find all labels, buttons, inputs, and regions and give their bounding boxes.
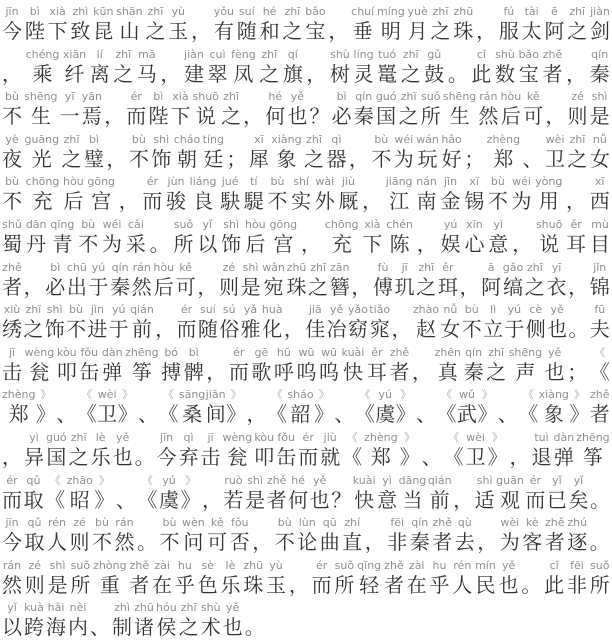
- ruby-token: yī一: [60, 89, 80, 129]
- pinyin-annotation: zé: [29, 558, 42, 573]
- ruby-token: xiàng象: [539, 387, 569, 427]
- hanzi-character: 山: [119, 19, 139, 44]
- pinyin-annotation: 《: [594, 345, 605, 360]
- pinyin-annotation: hǎo: [441, 132, 461, 147]
- hanzi-character: 弹: [554, 445, 574, 470]
- hanzi-character: 《: [158, 402, 178, 427]
- ruby-token: zhī之: [304, 132, 324, 172]
- hanzi-character: 珠: [243, 573, 263, 598]
- pinyin-annotation: fù: [378, 260, 389, 275]
- pinyin-annotation: ā: [488, 260, 495, 275]
- hanzi-character: ，: [566, 189, 586, 214]
- ruby-token: zhī之: [399, 89, 419, 129]
- ruby-token: líng灵: [354, 47, 374, 87]
- hanzi-character: 充: [332, 232, 352, 257]
- pinyin-annotation: wǔ: [459, 387, 475, 402]
- pinyin-annotation: bù: [5, 89, 19, 104]
- pinyin-annotation: shì: [50, 558, 66, 573]
- pinyin-annotation: yě: [502, 558, 515, 573]
- pinyin-annotation: fēi: [570, 558, 584, 573]
- hanzi-character: 宫: [273, 232, 293, 257]
- pinyin-annotation: shì: [592, 89, 608, 104]
- hanzi-character: 也: [545, 360, 565, 385]
- hanzi-character: 良: [193, 189, 213, 214]
- ruby-token: zhào赵: [413, 302, 439, 342]
- ruby-token: qǔ取: [25, 515, 45, 555]
- pinyin-annotation: qīng: [357, 558, 381, 573]
- hanzi-character: ，: [160, 62, 180, 87]
- hanzi-character: 今: [157, 445, 177, 470]
- hanzi-character: 不: [462, 317, 482, 342]
- pinyin-annotation: rán: [133, 260, 151, 275]
- hanzi-character: 器: [326, 147, 346, 172]
- hanzi-character: 者: [389, 360, 409, 385]
- ruby-token: zhèng郑: [487, 132, 520, 172]
- hanzi-character: 则: [25, 573, 45, 598]
- hanzi-character: 之: [525, 275, 545, 300]
- hanzi-character: 駃: [220, 189, 240, 214]
- hanzi-character: ？: [310, 104, 330, 129]
- hanzi-character: 而: [2, 488, 22, 513]
- ruby-token: 《《: [518, 387, 538, 427]
- ruby-token: gōng宫: [87, 174, 115, 214]
- pinyin-annotation: shēng: [509, 345, 542, 360]
- hanzi-character: 建: [184, 62, 204, 87]
- hanzi-character: 国: [46, 445, 66, 470]
- hanzi-character: 不: [160, 530, 180, 555]
- pinyin-annotation: guó: [46, 430, 67, 445]
- hanzi-character: 不: [2, 104, 22, 129]
- ruby-token: kě可: [207, 515, 227, 555]
- hanzi-character: 虞: [375, 402, 395, 427]
- hanzi-character: 之: [486, 360, 506, 385]
- pinyin-annotation: tiǎo: [369, 302, 390, 317]
- hanzi-character: 者: [129, 573, 149, 598]
- hanzi-character: 人: [47, 530, 67, 555]
- pinyin-annotation: bù: [163, 515, 177, 530]
- ruby-token: kòu叩: [254, 430, 274, 470]
- ruby-token: fēi非: [567, 558, 587, 598]
- pinyin-annotation: ér: [530, 473, 541, 488]
- hanzi-character: 矣: [568, 488, 588, 513]
- ruby-token: qín秦: [464, 345, 484, 385]
- hanzi-character: 跨: [24, 615, 44, 640]
- ruby-token: chuí垂: [351, 4, 374, 44]
- ruby-token: jìn进: [87, 302, 107, 342]
- ruby-token: bǎo宝: [519, 47, 539, 87]
- pinyin-annotation: shuō: [193, 89, 219, 104]
- hanzi-character: 焉: [82, 104, 102, 129]
- ruby-token: 》》: [488, 430, 508, 470]
- ruby-token: jī击: [2, 345, 22, 385]
- hanzi-character: 乘: [32, 62, 52, 87]
- pinyin-annotation: sāng: [179, 387, 205, 402]
- hanzi-character: 乎: [175, 573, 195, 598]
- pinyin-annotation: xīn: [466, 217, 483, 232]
- ruby-token: ér而: [142, 174, 162, 214]
- ruby-token: 《《: [444, 430, 464, 470]
- ruby-token: yǐ矣: [568, 473, 588, 513]
- ruby-token: 》》: [118, 387, 138, 427]
- ruby-token: bì髀: [184, 345, 204, 385]
- hanzi-character: 意: [377, 488, 397, 513]
- ruby-token: ，: [477, 515, 497, 555]
- pinyin-annotation: rán: [115, 515, 133, 530]
- ruby-token: zhēng筝: [576, 430, 609, 470]
- hanzi-character: 好: [442, 147, 462, 172]
- pinyin-annotation: zhī: [148, 4, 164, 19]
- ruby-token: zhě者: [389, 345, 409, 385]
- ruby-token: dāng当: [399, 473, 427, 513]
- pinyin-annotation: yì: [382, 473, 392, 488]
- ruby-token: jiāng江: [386, 174, 413, 214]
- pinyin-annotation: cuì: [209, 47, 225, 62]
- ruby-token: xī锡: [464, 174, 484, 214]
- hanzi-character: 而: [525, 488, 545, 513]
- hanzi-character: ；: [226, 147, 246, 172]
- ruby-token: zhě者: [545, 515, 565, 555]
- pinyin-annotation: zhì: [114, 600, 130, 615]
- ruby-token: jué駃: [220, 174, 240, 214]
- pinyin-annotation: yì: [29, 430, 39, 445]
- hanzi-character: 而: [126, 104, 146, 129]
- hanzi-character: 也: [547, 317, 567, 342]
- pinyin-annotation: qín: [112, 260, 129, 275]
- hanzi-character: 之: [416, 275, 436, 300]
- pinyin-annotation: xià: [172, 89, 188, 104]
- ruby-token: ，: [289, 558, 309, 598]
- pinyin-annotation: zhī: [64, 132, 80, 147]
- ruby-token: 《《: [45, 473, 65, 513]
- pinyin-annotation: chéng: [26, 47, 60, 62]
- pinyin-annotation: zhì: [72, 4, 88, 19]
- pinyin-annotation: zhāo: [67, 473, 93, 488]
- ruby-token: qín秦: [590, 47, 610, 87]
- ruby-token: cǐ此: [471, 47, 491, 87]
- hanzi-character: 后: [501, 104, 521, 129]
- pinyin-annotation: líng: [354, 47, 374, 62]
- ruby-token: ，: [24, 260, 44, 300]
- hanzi-character: 为: [512, 189, 532, 214]
- pinyin-annotation: zhèng: [487, 132, 520, 147]
- pinyin-annotation: wǎn: [262, 260, 285, 275]
- hanzi-character: 可: [176, 275, 196, 300]
- ruby-token: 、: [498, 387, 518, 427]
- hanzi-character: 珥: [438, 275, 458, 300]
- ruby-token: ；: [464, 132, 484, 172]
- ruby-token: yǒu有: [214, 4, 234, 44]
- hanzi-character: 击: [2, 360, 22, 385]
- hanzi-character: ，: [351, 275, 371, 300]
- hanzi-character: 玉: [266, 573, 286, 598]
- pinyin-annotation: zhě: [384, 558, 404, 573]
- hanzi-character: 直: [342, 530, 362, 555]
- ruby-token: zhě者: [129, 558, 149, 598]
- hanzi-character: 。: [448, 62, 468, 87]
- ruby-token: zhī之: [567, 132, 587, 172]
- ruby-token: bù不: [267, 174, 287, 214]
- pinyin-annotation: wū: [298, 345, 314, 360]
- hanzi-character: 取: [25, 530, 45, 555]
- ruby-token: wán玩: [416, 132, 439, 172]
- pinyin-annotation: zhí: [344, 515, 360, 530]
- hanzi-character: 、: [56, 402, 76, 427]
- pinyin-annotation: suǒ: [335, 558, 354, 573]
- pinyin-annotation: ruò: [224, 473, 242, 488]
- text-line: jīn今bì陛xià下zhì致kūn昆shān山zhī之yù玉，yǒu有suí随…: [2, 3, 610, 46]
- pinyin-annotation: fèng: [231, 47, 256, 62]
- text-line: zhě者，bì必chū出yú于qín秦rán然hòu后kě可，zé则shì是wǎ…: [2, 259, 610, 302]
- hanzi-character: 诸: [134, 615, 154, 640]
- hanzi-character: 太: [522, 19, 542, 44]
- pinyin-annotation: yān: [82, 89, 102, 104]
- pinyin-annotation: jǐn: [593, 260, 606, 275]
- pinyin-annotation: xī: [254, 132, 264, 147]
- hanzi-character: 秦: [410, 530, 430, 555]
- pinyin-annotation: jiàn: [184, 47, 204, 62]
- ruby-token: ，: [2, 430, 22, 470]
- ruby-token: jiù厩: [338, 174, 358, 214]
- hanzi-character: 是: [241, 275, 261, 300]
- hanzi-character: 》: [400, 445, 420, 470]
- text-line: rán然zé则shì是suǒ所zhòng重zhě者zài在hu乎sè色lè乐zh…: [2, 557, 610, 600]
- ruby-token: 、: [138, 387, 158, 427]
- ruby-token: wū呜: [319, 345, 339, 385]
- pinyin-annotation: guó: [376, 89, 397, 104]
- hanzi-character: 朝: [177, 147, 197, 172]
- ruby-token: bù不: [462, 302, 482, 342]
- hanzi-character: 论: [297, 530, 317, 555]
- ruby-token: bù不: [275, 515, 295, 555]
- hanzi-character: 化: [262, 317, 282, 342]
- hanzi-character: 下: [170, 104, 190, 129]
- ruby-token: ，: [545, 89, 565, 129]
- pinyin-annotation: guāng: [24, 132, 59, 147]
- pinyin-annotation: zhě: [543, 47, 563, 62]
- pinyin-document: jīn今bì陛xià下zhì致kūn昆shān山zhī之yù玉，yǒu有suí随…: [0, 0, 612, 642]
- pinyin-annotation: qì: [331, 132, 341, 147]
- pinyin-annotation: hóu: [156, 600, 177, 615]
- ruby-token: bù不: [92, 515, 112, 555]
- hanzi-character: 生: [31, 104, 51, 129]
- hanzi-character: 意: [488, 232, 508, 257]
- ruby-token: zhī之: [282, 4, 302, 44]
- ruby-token: shì是: [241, 260, 261, 300]
- ruby-token: rán然: [2, 558, 22, 598]
- pinyin-annotation: 《: [163, 387, 174, 402]
- ruby-token: 《《: [137, 473, 157, 513]
- ruby-token: míng明: [377, 4, 405, 44]
- ruby-token: zān簪: [330, 260, 350, 300]
- hanzi-character: 饰: [221, 232, 241, 257]
- pinyin-annotation: wéi: [394, 132, 413, 147]
- hanzi-character: ，: [191, 19, 211, 44]
- pinyin-annotation: kūn: [93, 4, 113, 19]
- hanzi-character: 为: [394, 147, 414, 172]
- pinyin-annotation: qīng: [50, 217, 74, 232]
- pinyin-annotation: zhī: [433, 4, 449, 19]
- hanzi-character: 月: [408, 19, 428, 44]
- hanzi-character: 明: [381, 19, 401, 44]
- pinyin-annotation: rén: [48, 515, 66, 530]
- ruby-token: zé则: [70, 515, 90, 555]
- ruby-token: rán然: [132, 260, 152, 300]
- hanzi-character: 快: [354, 488, 374, 513]
- ruby-token: sè色: [198, 558, 218, 598]
- pinyin-annotation: ér: [6, 473, 17, 488]
- pinyin-annotation: zhū: [243, 558, 263, 573]
- pinyin-annotation: ér: [147, 174, 158, 189]
- ruby-token: ，: [512, 217, 532, 257]
- pinyin-annotation: yǒu: [214, 4, 234, 19]
- hanzi-character: 之: [308, 275, 328, 300]
- pinyin-annotation: yú: [92, 260, 105, 275]
- hanzi-character: 击: [201, 445, 221, 470]
- hanzi-character: 树: [330, 62, 350, 87]
- hanzi-character: 《: [77, 402, 97, 427]
- hanzi-character: ，: [460, 275, 480, 300]
- ruby-token: 。: [521, 558, 541, 598]
- pinyin-annotation: rán: [479, 89, 497, 104]
- hanzi-character: 弹: [102, 360, 122, 385]
- ruby-token: hòu后: [501, 89, 522, 129]
- hanzi-character: 于: [109, 317, 129, 342]
- ruby-token: bù不: [78, 217, 98, 257]
- pinyin-annotation: qí: [288, 47, 298, 62]
- pinyin-annotation: ér: [316, 558, 327, 573]
- ruby-token: zhī之: [145, 4, 165, 44]
- ruby-token: gǎo缟: [503, 260, 523, 300]
- ruby-token: hū呼: [274, 345, 294, 385]
- hanzi-character: 。: [568, 317, 588, 342]
- ruby-token: 。: [568, 302, 588, 342]
- pinyin-annotation: yú: [162, 473, 175, 488]
- ruby-token: bù不: [2, 89, 22, 129]
- pinyin-annotation: bó: [164, 345, 178, 360]
- ruby-token: rán然: [478, 89, 498, 129]
- ruby-token: ér而: [126, 89, 146, 129]
- hanzi-character: 卫: [466, 445, 486, 470]
- ruby-token: yú娱: [441, 217, 461, 257]
- ruby-token: xiān纤: [63, 47, 86, 87]
- ruby-token: tíng廷: [203, 132, 224, 172]
- pinyin-annotation: 》: [185, 473, 196, 488]
- hanzi-character: 已: [547, 488, 567, 513]
- hanzi-character: 锡: [464, 189, 484, 214]
- ruby-token: yǐ已: [547, 473, 567, 513]
- hanzi-character: 下: [48, 19, 68, 44]
- ruby-token: shuō说: [193, 89, 219, 129]
- hanzi-character: 秦: [354, 104, 374, 129]
- pinyin-annotation: suǒ: [421, 89, 440, 104]
- hanzi-character: ，: [106, 147, 126, 172]
- pinyin-annotation: yě: [226, 600, 239, 615]
- hanzi-character: 瓮: [29, 360, 49, 385]
- ruby-token: ，: [391, 302, 411, 342]
- ruby-token: ，: [306, 47, 326, 87]
- ruby-token: chén陈: [386, 217, 413, 257]
- pinyin-annotation: jiān: [206, 387, 226, 402]
- ruby-token: jīn今: [157, 430, 177, 470]
- ruby-token: fǒu缶: [276, 430, 296, 470]
- ruby-token: shì是: [590, 89, 610, 129]
- ruby-token: zhě者: [543, 47, 563, 87]
- ruby-token: kuài快: [342, 345, 365, 385]
- hanzi-character: 后: [245, 232, 265, 257]
- ruby-token: qín秦: [110, 260, 130, 300]
- ruby-token: guān观: [496, 473, 524, 513]
- ruby-token: zhū珠: [287, 260, 307, 300]
- ruby-token: bù不: [66, 302, 86, 342]
- ruby-token: 、: [416, 387, 436, 427]
- ruby-token: shù术: [201, 600, 221, 640]
- hanzi-character: 侯: [156, 615, 176, 640]
- ruby-token: kòu叩: [57, 345, 77, 385]
- pinyin-annotation: wèng: [25, 345, 55, 360]
- hanzi-character: 、: [498, 402, 518, 427]
- pinyin-annotation: jùn: [168, 174, 185, 189]
- hanzi-character: 》: [226, 402, 246, 427]
- ruby-token: rán然: [115, 515, 135, 555]
- hanzi-character: 》: [477, 402, 497, 427]
- pinyin-annotation: míng: [377, 4, 405, 19]
- ruby-token: fǒu缶: [79, 345, 99, 385]
- hanzi-character: 说: [539, 232, 559, 257]
- pinyin-annotation: lì: [490, 302, 496, 317]
- pinyin-annotation: dàn: [102, 345, 123, 360]
- hanzi-character: 客: [522, 530, 542, 555]
- hanzi-character: 者: [590, 402, 610, 427]
- hanzi-character: ，: [104, 104, 124, 129]
- pinyin-annotation: zhě: [390, 345, 410, 360]
- pinyin-annotation: jiā: [309, 302, 322, 317]
- hanzi-character: 蜀: [2, 232, 22, 257]
- ruby-token: 》》: [477, 387, 497, 427]
- pinyin-annotation: dāng: [399, 473, 427, 488]
- pinyin-annotation: zhòng: [93, 558, 126, 573]
- pinyin-annotation: bì: [189, 345, 199, 360]
- pinyin-annotation: hòu: [245, 217, 266, 232]
- ruby-token: bó搏: [161, 345, 181, 385]
- hanzi-character: 璧: [84, 147, 104, 172]
- hanzi-character: 也: [499, 573, 519, 598]
- pinyin-annotation: xià: [364, 217, 380, 232]
- pinyin-annotation: 《: [81, 387, 92, 402]
- ruby-token: ，: [243, 89, 263, 129]
- hanzi-character: 》: [569, 402, 589, 427]
- pinyin-annotation: wèi: [98, 387, 117, 402]
- ruby-token: ér而: [525, 473, 545, 513]
- ruby-token: zhě者: [590, 387, 610, 427]
- hanzi-character: 騠: [244, 189, 264, 214]
- hanzi-character: 马: [137, 62, 157, 87]
- pinyin-annotation: zhě: [590, 387, 610, 402]
- pinyin-annotation: 《: [142, 473, 153, 488]
- hanzi-character: 在: [152, 573, 172, 598]
- ruby-token: kuài快: [353, 473, 376, 513]
- hanzi-character: ，: [349, 147, 369, 172]
- hanzi-character: 是: [590, 104, 610, 129]
- pinyin-annotation: zhèng: [364, 430, 397, 445]
- ruby-token: yě也: [547, 302, 567, 342]
- pinyin-annotation: zhī: [527, 260, 543, 275]
- pinyin-annotation: chōng: [325, 217, 359, 232]
- pinyin-annotation: zhī: [181, 600, 197, 615]
- ruby-token: qù去: [455, 515, 475, 555]
- ruby-token: bì璧: [84, 132, 104, 172]
- hanzi-character: 为: [500, 530, 520, 555]
- ruby-token: hǎo好: [441, 132, 461, 172]
